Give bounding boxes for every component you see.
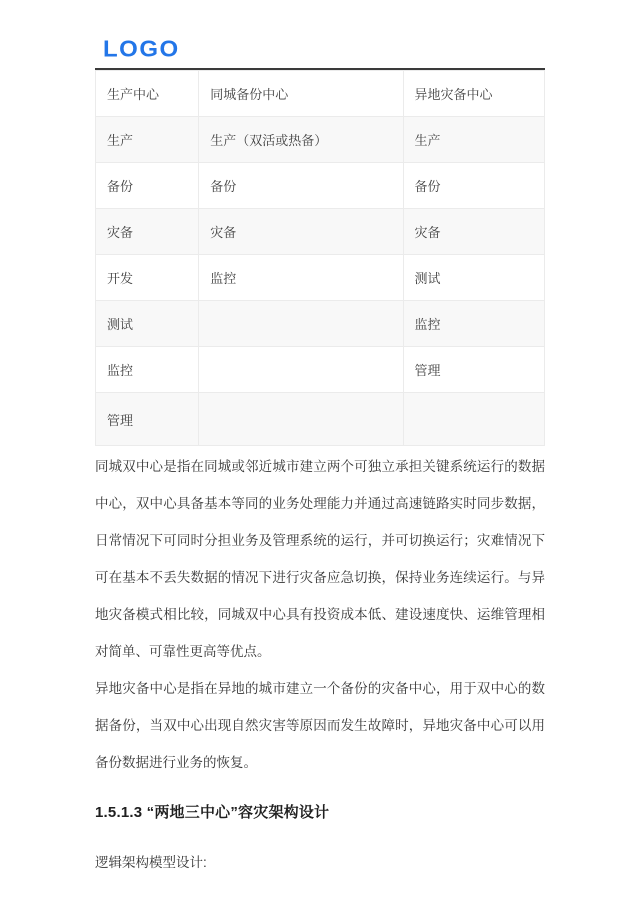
document-page: LOGO 生产中心 同城备份中心 异地灾备中心 生产 生产（双活或热备） 生产 …	[0, 0, 640, 906]
table-header-cell: 生产中心	[96, 71, 199, 117]
table-cell: 监控	[403, 301, 544, 347]
body-text: 同城双中心是指在同城或邻近城市建立两个可独立承担关键系统运行的数据中心，双中心具…	[95, 448, 545, 781]
table-cell: 生产	[403, 117, 544, 163]
table-header-row: 生产中心 同城备份中心 异地灾备中心	[96, 71, 545, 117]
table-cell: 灾备	[96, 209, 199, 255]
table-cell: 开发	[96, 255, 199, 301]
table-cell: 灾备	[199, 209, 403, 255]
table-cell: 监控	[199, 255, 403, 301]
table-cell: 测试	[403, 255, 544, 301]
table-cell	[199, 393, 403, 446]
table-cell: 生产	[96, 117, 199, 163]
datacenter-comparison-table: 生产中心 同城备份中心 异地灾备中心 生产 生产（双活或热备） 生产 备份 备份…	[95, 70, 545, 446]
paragraph-remote-dr-center: 异地灾备中心是指在异地的城市建立一个备份的灾备中心，用于双中心的数据备份，当双中…	[95, 670, 545, 781]
table-cell: 测试	[96, 301, 199, 347]
table-row: 监控 管理	[96, 347, 545, 393]
table-row: 备份 备份 备份	[96, 163, 545, 209]
table-cell: 灾备	[403, 209, 544, 255]
logic-architecture-label: 逻辑架构模型设计:	[95, 851, 545, 871]
paragraph-same-city-dual-center: 同城双中心是指在同城或邻近城市建立两个可独立承担关键系统运行的数据中心，双中心具…	[95, 448, 545, 670]
table-row: 生产 生产（双活或热备） 生产	[96, 117, 545, 163]
logo: LOGO	[103, 39, 180, 62]
section-heading: 1.5.1.3 “两地三中心”容灾架构设计	[95, 801, 545, 822]
table-cell: 备份	[403, 163, 544, 209]
table-cell	[403, 393, 544, 446]
table-row: 管理	[96, 393, 545, 446]
table-cell: 备份	[96, 163, 199, 209]
table-row: 测试 监控	[96, 301, 545, 347]
section-title: “两地三中心”容灾架构设计	[147, 804, 330, 821]
table-header-cell: 异地灾备中心	[403, 71, 544, 117]
section-number: 1.5.1.3	[95, 804, 142, 821]
table-cell: 管理	[403, 347, 544, 393]
table-cell	[199, 301, 403, 347]
table-cell	[199, 347, 403, 393]
table-row: 灾备 灾备 灾备	[96, 209, 545, 255]
table-cell: 管理	[96, 393, 199, 446]
table-cell: 备份	[199, 163, 403, 209]
table-header-cell: 同城备份中心	[199, 71, 403, 117]
table-cell: 监控	[96, 347, 199, 393]
table-cell: 生产（双活或热备）	[199, 117, 403, 163]
table-row: 开发 监控 测试	[96, 255, 545, 301]
